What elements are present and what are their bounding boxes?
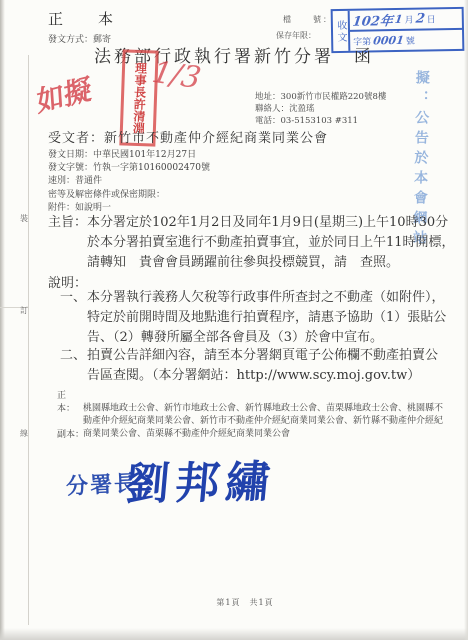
receive-month-handwritten: 1 [394, 13, 403, 26]
official-letter-scan: 正 本 發文方式：郵寄 檔 號： 保存年限： 收文 102年 1 月 2 日 字… [0, 0, 468, 640]
original-distribution: 正本：桃園縣地政士公會、新竹市地政士公會、新竹縣地政士公會、苗栗縣地政士公會、桃… [57, 390, 451, 440]
contact-person: 聯絡人：沈盈瑤 [255, 103, 386, 115]
meta-block: 發文日期：中華民國101年12月27日 發文字號：竹執一字第1016000247… [48, 149, 210, 215]
explanation-item-2: 二、拍賣公告詳細內容，請至本分署網頁電子公佈欄不動產拍賣公告區查閱。（本分署網站… [60, 346, 449, 386]
copy-distribution-label: 副本： [57, 427, 84, 440]
binding-char-zhuang: 裝 [20, 213, 28, 224]
document-title: 法務部行政執行署新竹分署 函 [0, 42, 468, 67]
security-class: 密等及解密條件或保密期限： [48, 189, 210, 202]
doc-number: 發文字號：竹執一字第10160002470號 [48, 162, 210, 175]
recipient-line: 受文者：新竹市不動產仲介經紀商業同業公會 [48, 127, 328, 146]
day-label: 日 [427, 12, 436, 25]
scan-edge-left [0, 0, 5, 640]
scan-edge-right [464, 0, 468, 640]
receive-stamp-date-row: 102年 1 月 2 日 [350, 9, 462, 32]
binding-char-xian: 線 [20, 428, 28, 439]
chairman-seal-text: 理事長許清淵 [131, 62, 147, 134]
original-label: 正本： [57, 390, 83, 415]
item-1-text: 本分署執行義務人欠稅等行政事件所查封之不動產（如附件），特定於前開時間及地點進行… [87, 290, 446, 345]
issue-date: 發文日期：中華民國101年12月27日 [48, 149, 210, 162]
red-approval-handwriting: 如擬 [35, 67, 92, 121]
subject-paragraph: 主旨：本分署定於102年1月2日及同年1月9日(星期三)上午10時30分於本分署… [48, 213, 459, 273]
receive-day-handwritten: 2 [415, 12, 426, 27]
month-label: 月 [404, 13, 413, 26]
receive-year-handwritten: 102年 [352, 10, 394, 30]
retention-period-label: 保存年限： [276, 30, 316, 41]
contact-block: 地址：300新竹市民權路220號8樓 聯絡人：沈盈瑤 電話：03-5153103… [255, 91, 386, 127]
speed-class: 速別：普通件 [48, 175, 210, 188]
signature-name-stamp: 劉邦繡 [123, 446, 279, 513]
page-number-footer: 第1頁 共1頁 [0, 597, 468, 608]
original-list: 桃園縣地政士公會、新竹市地政士公會、新竹縣地政士公會、苗栗縣地政士公會、桃園縣不… [83, 404, 443, 439]
binding-char-ding: 訂 [20, 305, 28, 316]
item-2-text: 拍賣公告詳細內容，請至本分署網頁電子公佈欄不動產拍賣公告區查閱。（本分署網站：h… [87, 348, 438, 383]
item-2-number: 二、 [60, 346, 87, 366]
item-1-number: 一、 [60, 288, 87, 308]
subject-text: 本分署定於102年1月2日及同年1月9日(星期三)上午10時30分於本分署拍賣室… [87, 215, 455, 270]
binding-line [28, 55, 29, 625]
subject-label: 主旨： [48, 213, 87, 233]
scan-edge-bottom [0, 628, 468, 640]
explanation-item-1: 一、本分署執行義務人欠稅等行政事件所查封之不動產（如附件），特定於前開時間及地點… [60, 288, 449, 348]
copy-type-label: 正 本 [48, 8, 123, 29]
file-number-label: 檔 號： [283, 14, 333, 25]
contact-address: 地址：300新竹市民權路220號8樓 [255, 91, 386, 103]
contact-phone: 電話：03-5153103 #311 [255, 115, 386, 127]
